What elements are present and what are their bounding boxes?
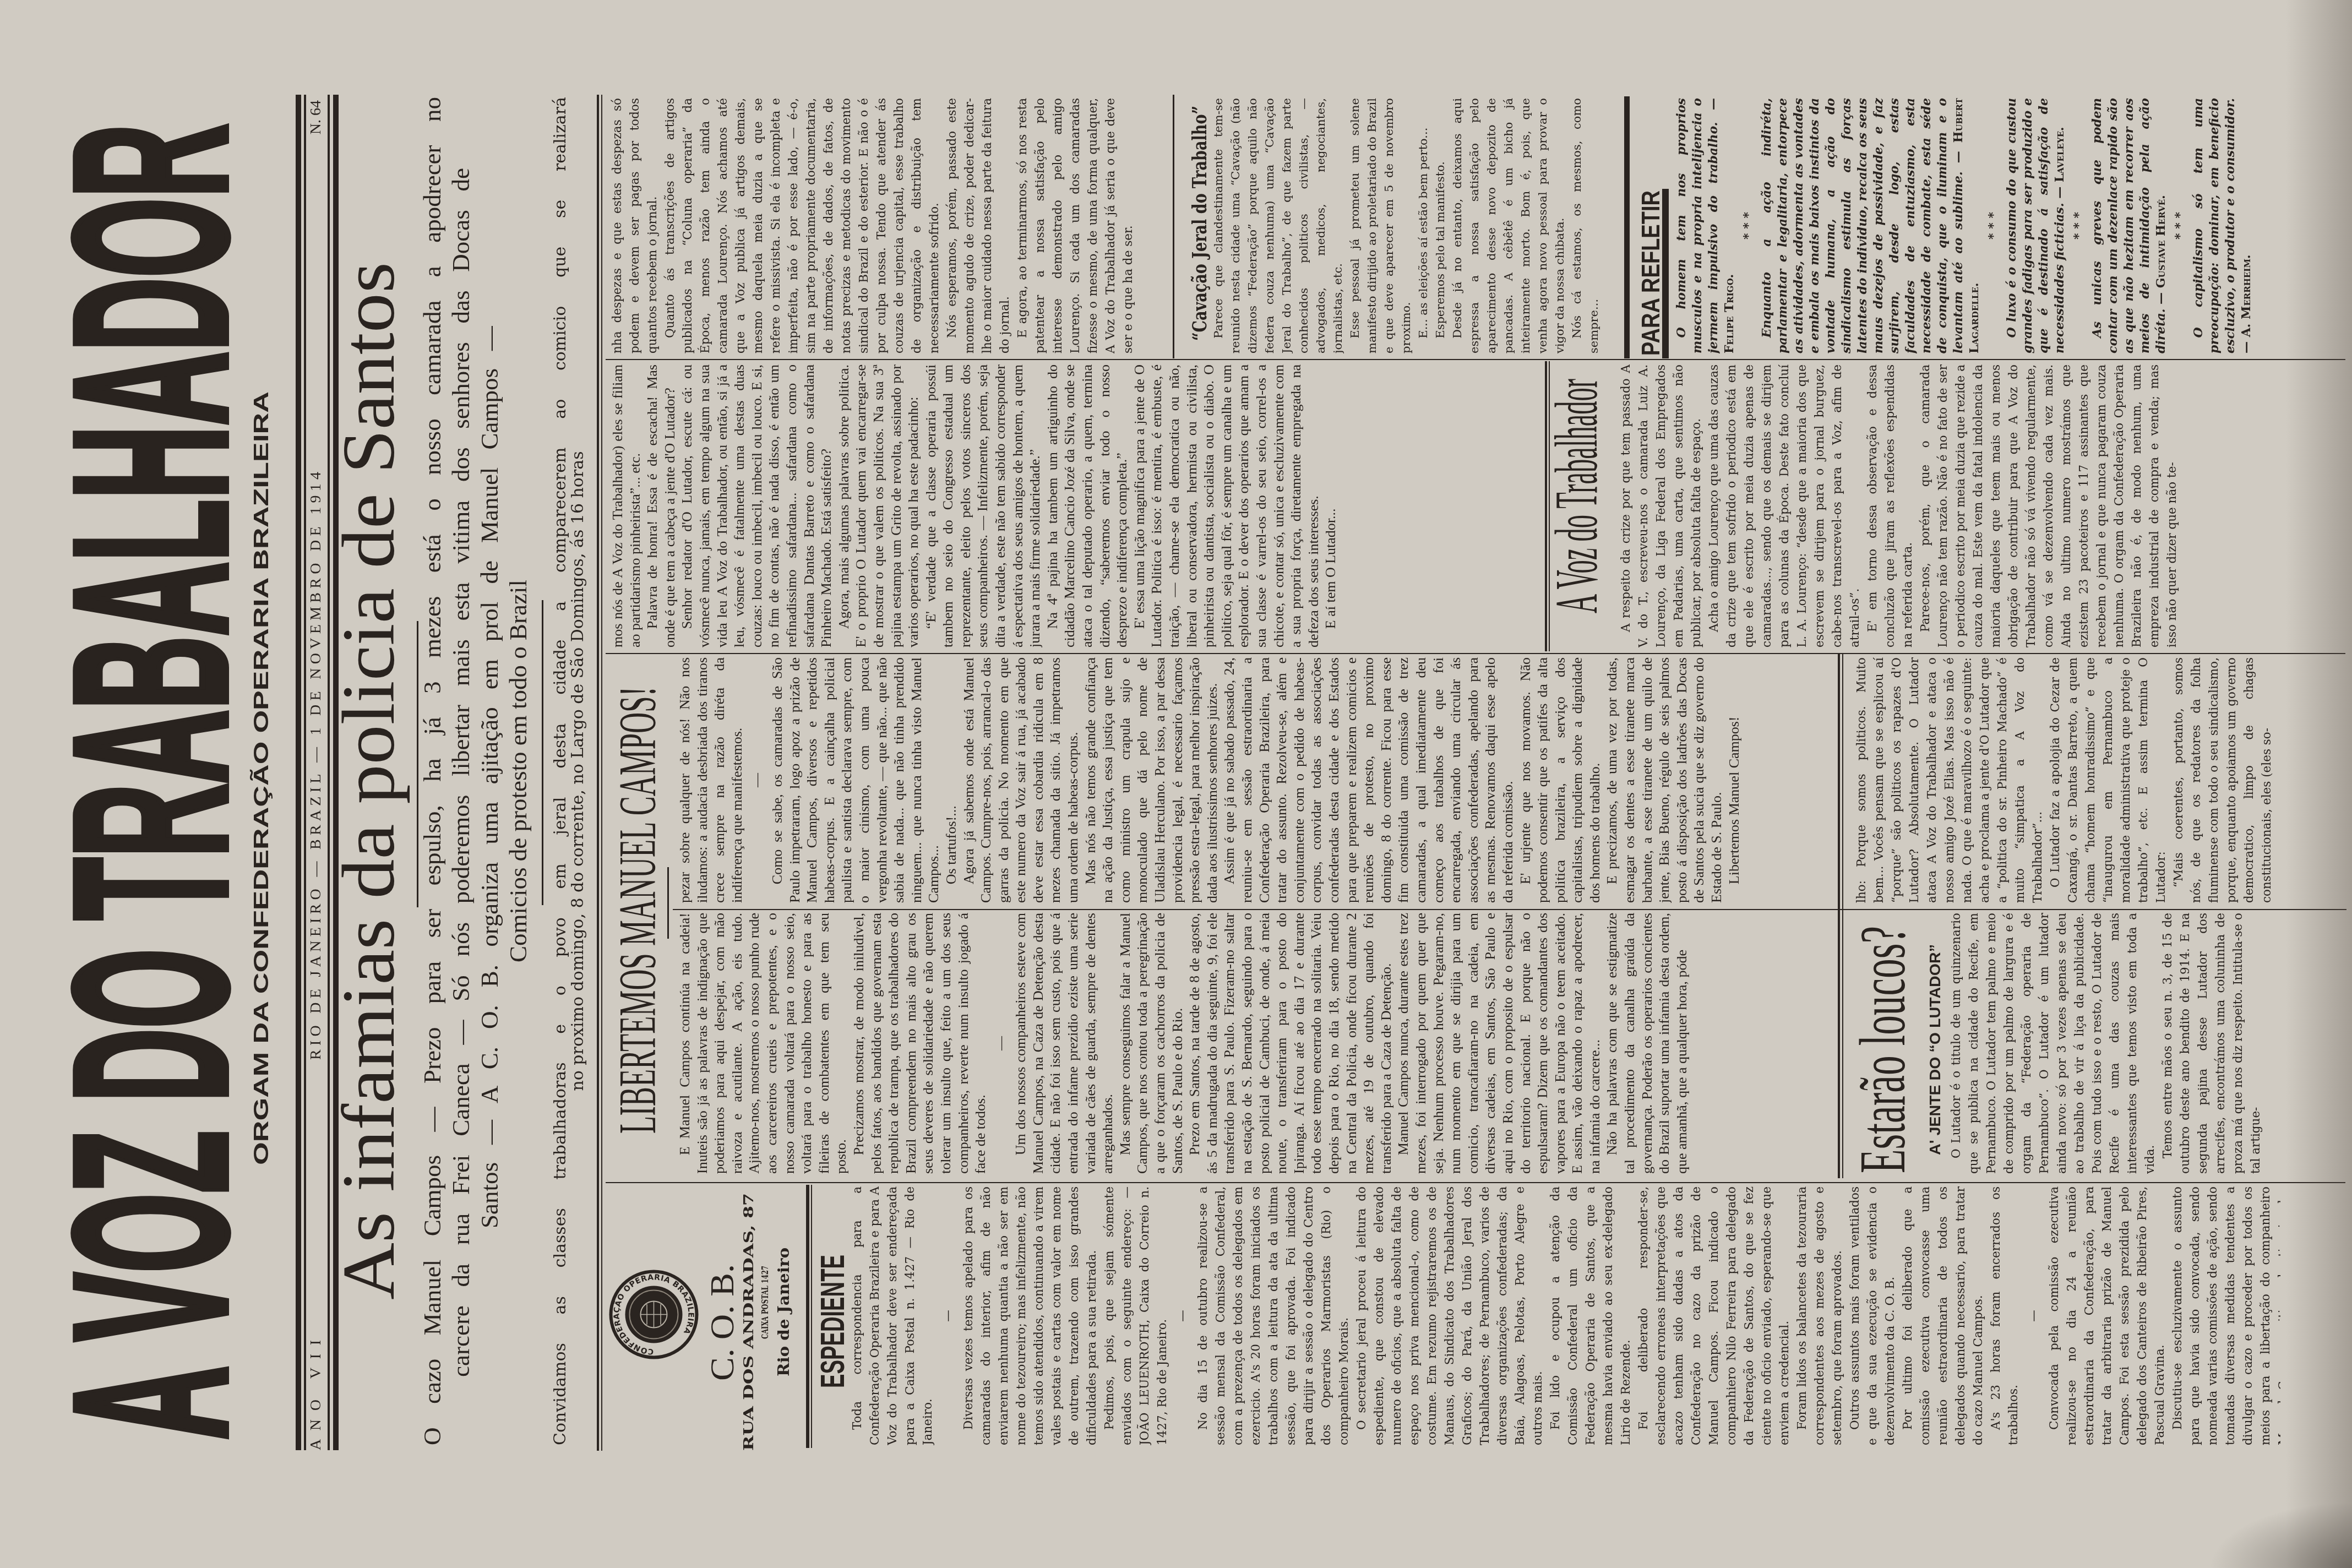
paragraph: A respeito da crize por que tem passado … — [1618, 364, 1706, 647]
estarao-subheading: A' JENTE DO “O LUTADOR” — [1925, 943, 1943, 1155]
paragraph: Palavra de honra! Essa é de escacha! Mas… — [644, 364, 678, 647]
scan-corner-shadow — [2209, 1502, 2352, 1568]
estarao-rule-thick — [1838, 654, 1840, 1178]
paragraph: Um dos nossos companheiros esteve com Ma… — [1012, 913, 1117, 1174]
quote-text: O capitalismo só tem uma preocupação: do… — [2191, 98, 2237, 353]
estarao-subheading-text: A' JENTE DO “O LUTADOR” — [1926, 944, 1943, 1155]
estarao-heading-text: Estarão loucos? — [1847, 926, 1919, 1173]
paragraph: O Lutador faz a apolojia do Cezar de Cax… — [2047, 657, 2170, 903]
paragraph: Por ultimo foi deliberado que a comissão… — [1899, 1186, 1988, 1445]
paragraph: Na 4ª pajina ha tambem um artiguinho do … — [1044, 364, 1131, 647]
volume-text: ANO VII — [307, 1340, 324, 1450]
dateline-rule-top-thick — [296, 95, 301, 1450]
cob-po-box: CAIXA POSTAL 1427 — [759, 1265, 769, 1339]
paragraph: Precizamos mostrar, de modo iniludivel, … — [850, 913, 989, 1174]
paragraph: E' em torno dessa observação e dessa con… — [1864, 364, 1917, 647]
quote-author: — A. Merrheim. — [2239, 254, 2253, 353]
paragraph: Os tartufos!... — [943, 657, 960, 903]
paragraph: “E' verdade que a classe operaria possúi… — [922, 364, 1044, 647]
paragraph: Temos entre mãos o seu n. 3, de 15 de ou… — [2159, 913, 2265, 1174]
voz-heading-text: A Voz do Trabalhador — [1543, 379, 1610, 613]
column-rule — [606, 359, 2345, 360]
quote-author: — Laveleye. — [2052, 127, 2067, 199]
paragraph: Não ha palavras com que se estigmatize t… — [1603, 913, 1690, 1174]
cob-city-text: Rio de Janeiro — [775, 1248, 793, 1376]
paragraph: pezar sobre qualquer de nós! Não nos ilu… — [676, 657, 745, 903]
para-refletir-heading: PARA REFLETIR — [1636, 189, 1663, 356]
paragraph: Libertemos Manuel Campos! — [1725, 657, 1743, 903]
libertemos-short-rule — [667, 867, 669, 939]
dateline-place-date: RIO DE JANEIRO — BRAZIL — 1 DE NOVEMBRO … — [307, 470, 324, 1060]
paragraph: Agora, mais algumas palavras sobre polit… — [835, 364, 922, 647]
dateline-volume: ANO VII — [307, 1290, 324, 1450]
paragraph: lho: Porque somos politicos. Muito bem..… — [1853, 657, 2047, 903]
paragraph: Foi deliberado responder-se, esclarecend… — [1635, 1186, 1794, 1445]
paragraph: O secretario jeral proceu á leitura do e… — [1353, 1186, 1547, 1445]
body-rule-thick — [597, 95, 599, 1451]
estarao-article-col3: lho: Porque somos politicos. Muito bem..… — [1853, 657, 2347, 903]
paragraph: O Lutador é o titulo de um quinzenario q… — [1948, 913, 2159, 1174]
libertemos-article-col2: E Manuel Campos continúa na cadeia! Inut… — [676, 913, 1830, 1174]
newspaper-page: A VOZ DO TRABALHADOR ORGAM DA CONFEDERAÇ… — [0, 0, 2352, 1568]
paragraph: Outros assuntos mais foram ventilados e … — [1847, 1186, 1899, 1445]
paragraph: Discutiu-se escluzivamente o assunto par… — [2169, 1186, 2280, 1445]
paragraph: Foi lido e ocupou a atenção da Comissão … — [1547, 1186, 1635, 1445]
libertemos-heading: LIBERTEMOS MANUEL CAMPOS! — [606, 685, 666, 1134]
separator: * * * — [1740, 98, 1756, 353]
voz-heading: A Voz do Trabalhador — [1548, 378, 1603, 613]
separator: — — [2026, 1186, 2043, 1445]
para-refletir-heading-text: PARA REFLETIR — [1636, 190, 1665, 356]
voz-article-col5: nha despezas e que estas despezas só pod… — [609, 98, 1164, 353]
paragraph: Convocada pela comissão ezecutiva realiz… — [2046, 1186, 2169, 1445]
lead-line: Comicios de protesto em todo o Brazil — [504, 97, 532, 1445]
place-date-text: RIO DE JANEIRO — BRAZIL — 1 DE NOVEMBRO … — [307, 472, 324, 1060]
paragraph: Diversas vezes temos apelado para os cam… — [960, 1186, 1101, 1445]
paragraph: Senhor redator d'O Lutador, escute cá: o… — [678, 364, 835, 647]
cob-seal-icon: CONFEDERAÇÃO OPERARIA BRAZILEIRA — [608, 1269, 699, 1360]
paragraph: Parece-nos, porém, que o camarada Louren… — [1917, 364, 2181, 647]
cob-po-box-text: CAIXA POSTAL 1427 — [760, 1266, 770, 1339]
lead-line: Santos — A C. O. B. organiza uma ajitaçã… — [475, 326, 504, 1228]
paragraph: “Mais coerentes, portanto, somos nós, de… — [2170, 657, 2276, 903]
masthead-title: A VOZ DO TRABALHADOR — [65, 120, 230, 1440]
cavacao-rule — [1173, 95, 1174, 358]
paragraph: Nós cá estamos, os mesmos, como sempre..… — [1569, 98, 1603, 353]
separator: — — [748, 657, 766, 903]
paragraph: E aí tem O Lutador... — [1322, 364, 1340, 647]
headline-text: As infamias da policia de Santos — [328, 262, 410, 1300]
paragraph: E' urjente que nos movamos. Não podemos … — [1517, 657, 1604, 903]
paragraph: Toda correspondencia para a Confederação… — [849, 1186, 937, 1445]
lead-line: O cazo Manuel Campos — Prezo para ser es… — [418, 97, 447, 1445]
paragraph: Prezo em Santos, na tarde de 8 de agosto… — [1186, 913, 1395, 1174]
para-refletir-rule — [1624, 96, 1630, 358]
para-refletir-underline — [1662, 189, 1669, 358]
para-refletir-quotes: O homem tem nos proprios musculos e na p… — [1674, 98, 2277, 353]
paragraph: No dia 15 de outubro realizou-se a sessã… — [1195, 1186, 1353, 1445]
paragraph: Desde já no entanto, deixamos aqui espre… — [1449, 98, 1569, 353]
voz-article-col4: A respeito da crize por que tem passado … — [1618, 364, 2275, 647]
paragraph: Acha o amigo Lourenço que uma das cauzas… — [1706, 364, 1864, 647]
lead-line: carcere da rua Frei Caneca — Só nós pode… — [447, 168, 475, 1377]
paragraph: E Manuel Campos continúa na cadeia! Inut… — [676, 913, 850, 1174]
libertemos-heading-text: LIBERTEMOS MANUEL CAMPOS! — [608, 687, 667, 1134]
quote: As unicas greves que podem contar com um… — [2089, 98, 2169, 353]
paragraph: E agora, ao terminarmos, só nos resta pa… — [1014, 98, 1137, 353]
estarao-heading: Estarão loucos? — [1850, 925, 1916, 1173]
cavacao-heading: “Cavação Jeral do Trabalho” — [1184, 105, 1211, 341]
column-rule — [606, 1182, 2345, 1183]
cavacao-heading-text: “Cavação Jeral do Trabalho” — [1188, 106, 1211, 341]
libertemos-article-col3: pezar sobre qualquer de nós! Não nos ilu… — [676, 657, 1834, 903]
paragraph: A's 23 horas foram encerrados os trabalh… — [1988, 1186, 2023, 1445]
estarao-rule-thin — [1842, 654, 1843, 1178]
paragraph: Foram lidos os balancetes da tezouraria … — [1794, 1186, 1847, 1445]
newspaper-scan: A VOZ DO TRABALHADOR ORGAM DA CONFEDERAÇ… — [0, 0, 2352, 1568]
column-rule — [673, 909, 2346, 910]
subtitle-text: ORGAM DA CONFEDERAÇÃO OPERARIA BRAZILEIR… — [249, 391, 273, 1165]
cob-box-rule-thin — [811, 1185, 812, 1448]
separator: * * * — [2172, 98, 2188, 353]
masthead-subtitle: ORGAM DA CONFEDERAÇÃO OPERARIA BRAZILEIR… — [249, 390, 271, 1165]
issue-number-text: N. 64 — [307, 100, 324, 134]
quote-text: O homem tem nos proprios musculos e na p… — [1674, 98, 1721, 353]
quote: O capitalismo só tem uma preocupação: do… — [2191, 98, 2255, 353]
paragraph: Esperemos pelo tal manifesto. — [1432, 98, 1449, 353]
separator: * * * — [2071, 98, 2087, 353]
cob-address: RUA DOS ANDRADAS, 87 — [741, 1192, 755, 1451]
separator: — — [940, 1186, 957, 1445]
paragraph: Pedimos, pois, que sejam sómente enviado… — [1101, 1186, 1172, 1445]
separator: * * * — [1985, 98, 2001, 353]
paragraph: E... as eleições aí estão bem perto... — [1415, 98, 1432, 353]
cob-address-text: RUA DOS ANDRADAS, 87 — [741, 1193, 756, 1451]
lead-short-rule — [542, 600, 543, 905]
dateline-number: N. 64 — [307, 100, 324, 190]
cob-name-text: C. O. B. — [704, 1264, 741, 1381]
paragraph: mos nós de A Voz do Trabalhador) eles se… — [609, 364, 644, 647]
paragraph: E' essa uma lição magnifica para a jente… — [1131, 364, 1322, 647]
paragraph: Agora já sabemos onde está Manuel Campos… — [960, 657, 1082, 903]
paragraph: Nós esperamos, porém, passado este momen… — [944, 98, 1014, 353]
column-rule — [606, 653, 2345, 654]
paragraph: nha despezas e que estas despezas só pod… — [609, 98, 662, 353]
paragraph: Manuel Campos nunca, durante estes trez … — [1395, 913, 1603, 1174]
dateline-rule-top-thin — [304, 95, 306, 1450]
cob-name: C. O. B. — [705, 1263, 738, 1381]
separator: — — [1174, 1186, 1192, 1445]
quote: O luxo é o consumo do que custou grandes… — [2004, 98, 2068, 353]
paragraph: E precizamos, de uma vez por todas, esma… — [1603, 657, 1725, 903]
masthead-title-text: A VOZ DO TRABALHADOR — [29, 124, 272, 1440]
quote: O homem tem nos proprios musculos e na p… — [1674, 98, 1738, 353]
quote: Enquanto a ação indiréta, parlamentar e … — [1759, 98, 1983, 353]
scan-edge-shadow — [2286, 0, 2352, 1568]
espediente-heading: ESPEDIENTE — [816, 1254, 846, 1388]
paragraph: Parece que clandestinamente tem-se reuni… — [1210, 98, 1347, 353]
paragraph: Mas nós não temos grande confiança na aç… — [1082, 657, 1221, 903]
paragraph: Como se sabe, os camaradas de São Paulo … — [769, 657, 943, 903]
convocation-line: no proximo domingo, 8 do corrente, no La… — [569, 97, 587, 1445]
main-headline: As infamias da policia de Santos — [330, 260, 418, 1300]
convocation-line: Convidamos as classes trabalhadoras e o … — [552, 97, 569, 1445]
estarao-article-col4: mos nós de A Voz do Trabalhador) eles se… — [609, 364, 1539, 647]
cavacao-article: Parece que clandestinamente tem-se reuni… — [1210, 98, 1607, 353]
paragraph: Assim é que já no sabado passado, 24, re… — [1221, 657, 1516, 903]
paragraph: Esse pessoal já prometeu um solene manif… — [1347, 98, 1415, 353]
paragraph: Quanto ás transcrições de artigos public… — [662, 98, 944, 353]
quote-author: — Gustave Hervé. — [2154, 195, 2168, 304]
espediente-heading-text: ESPEDIENTE — [814, 1255, 851, 1388]
separator: — — [992, 913, 1010, 1174]
espediente-article: Toda correspondencia para a Confederação… — [849, 1186, 2280, 1445]
cob-box-rule — [806, 1185, 809, 1448]
cob-city: Rio de Janeiro — [772, 1246, 794, 1376]
paragraph: Mas sempre conseguimos falar a Manuel Ca… — [1117, 913, 1186, 1174]
quote-text: Enquanto a ação indiréta, parlamentar e … — [1760, 98, 1966, 353]
body-rule-thin — [601, 95, 602, 1451]
